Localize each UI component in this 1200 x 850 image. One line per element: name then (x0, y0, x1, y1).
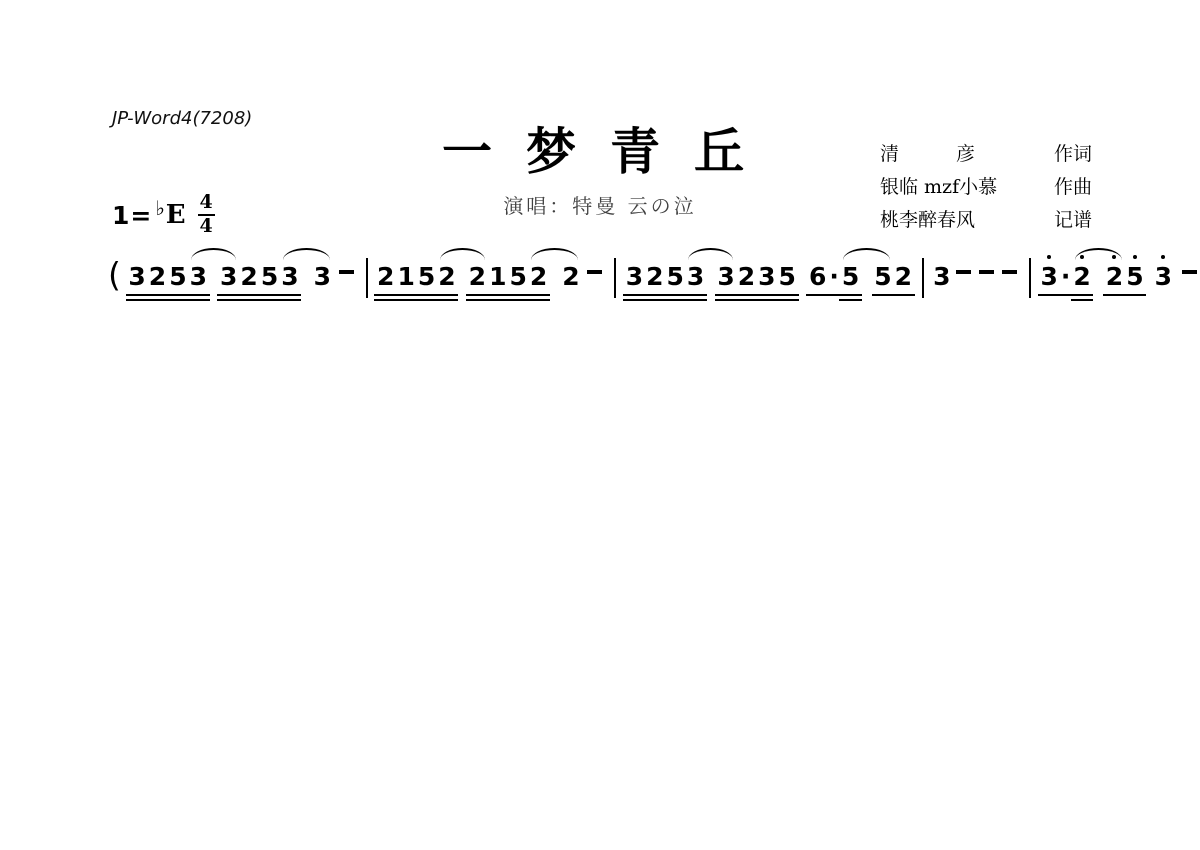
credit-line: 银临 mzf小慕作曲 (880, 171, 1092, 204)
credit-role: 作词 (1054, 138, 1092, 171)
note: · (1059, 262, 1072, 292)
flat-sign-icon: ♭ (155, 196, 164, 220)
note: 3 (219, 262, 239, 292)
duration-dash (979, 270, 994, 273)
underline (755, 299, 778, 301)
underline (279, 299, 302, 301)
barline (366, 258, 368, 298)
underline (167, 299, 190, 301)
note: 3 (932, 262, 952, 292)
underline (527, 299, 550, 301)
note: 5 (168, 262, 188, 292)
note: 2 (645, 262, 665, 292)
slur-arc (531, 248, 578, 260)
underline (395, 299, 418, 301)
underline (755, 294, 778, 296)
underline (466, 299, 489, 301)
underline (1124, 294, 1147, 296)
note: 5 (873, 262, 893, 292)
underline (806, 294, 829, 296)
gap (616, 291, 624, 292)
underline (436, 299, 459, 301)
underline (664, 299, 687, 301)
note: 3 (716, 262, 736, 292)
gap (358, 291, 366, 292)
note: 3 (188, 262, 208, 292)
gap (457, 291, 467, 292)
underline (1103, 294, 1126, 296)
duration-dash (956, 270, 971, 273)
underline (1071, 294, 1094, 296)
slur-group: 22 (528, 262, 581, 292)
gap (797, 291, 807, 292)
underline (507, 294, 530, 296)
underline (735, 299, 758, 301)
note: 5 (508, 262, 528, 292)
credit-name: 清 彦 (880, 138, 975, 171)
slur-group: 22 (1072, 262, 1125, 292)
underline (715, 294, 738, 296)
underline (217, 299, 240, 301)
key-letter: E (166, 200, 186, 230)
underline (374, 294, 397, 296)
underline (238, 294, 261, 296)
underline (715, 299, 738, 301)
octave-dot-high (1047, 255, 1051, 259)
underline (126, 294, 149, 296)
note: 3 (685, 262, 705, 292)
gap (368, 291, 376, 292)
underline (776, 299, 799, 301)
slur-group: 33 (188, 262, 239, 292)
credit-line: 桃李醉春风记谱 (880, 204, 1092, 237)
underline (279, 294, 302, 296)
gap (549, 291, 561, 292)
gap (1031, 291, 1039, 292)
underline (258, 294, 281, 296)
underline (623, 299, 646, 301)
slur-group: 33 (685, 262, 736, 292)
note: 3 (624, 262, 644, 292)
underline (664, 294, 687, 296)
note: 2 (1072, 262, 1092, 292)
slur-arc (1075, 248, 1122, 260)
note: 5 (665, 262, 685, 292)
underline (776, 294, 799, 296)
key-tonic: 1= (112, 201, 152, 230)
note: 2 (239, 262, 259, 292)
underline (187, 299, 210, 301)
note: 2 (528, 262, 548, 292)
slur-group: 55 (840, 262, 893, 292)
underline (258, 299, 281, 301)
credit-name: 银临 mzf小慕 (880, 171, 997, 204)
time-signature: 4 4 (198, 193, 215, 237)
gap (300, 291, 312, 292)
note: 5 (1125, 262, 1145, 292)
gap (606, 291, 614, 292)
note: 2 (736, 262, 756, 292)
underline (146, 294, 169, 296)
gap (924, 291, 932, 292)
underline (126, 299, 149, 301)
slur-group: 33 (280, 262, 333, 292)
underline (643, 299, 666, 301)
note: 2 (437, 262, 457, 292)
note: 3 (1153, 262, 1173, 292)
gap (1145, 291, 1153, 292)
gap (581, 291, 583, 292)
notation-row-system-1: (325332533215221522325332356·55233·2253 (106, 258, 1200, 292)
note: 3 (280, 262, 300, 292)
underline (892, 294, 915, 296)
note: 3 (312, 262, 332, 292)
slur-arc (688, 248, 733, 260)
note: 1 (488, 262, 508, 292)
barline (614, 258, 616, 298)
gap (706, 291, 716, 292)
slur-arc (843, 248, 890, 260)
underline (415, 299, 438, 301)
barline (922, 258, 924, 298)
note: 2 (147, 262, 167, 292)
barline (1029, 258, 1031, 298)
note: 3 (127, 262, 147, 292)
note: 1 (396, 262, 416, 292)
underline (735, 294, 758, 296)
slur-arc (283, 248, 330, 260)
gap (1174, 291, 1178, 292)
slur-arc (440, 248, 485, 260)
note: 2 (561, 262, 581, 292)
underline (238, 299, 261, 301)
gap (333, 291, 335, 292)
underline (374, 299, 397, 301)
credits-block: 清 彦作词银临 mzf小慕作曲桃李醉春风记谱 (880, 138, 1092, 237)
underline (1038, 294, 1061, 296)
underline (643, 294, 666, 296)
octave-dot-high (1133, 255, 1137, 259)
note: 2 (893, 262, 913, 292)
underline (507, 299, 530, 301)
gap (1092, 291, 1104, 292)
note: 3 (1039, 262, 1059, 292)
underline (486, 294, 509, 296)
underline (623, 294, 646, 296)
underline (527, 294, 550, 296)
credit-line: 清 彦作词 (880, 138, 1092, 171)
duration-dash (587, 270, 602, 273)
parenthesis: ( (106, 258, 123, 292)
meter-numerator: 4 (199, 193, 212, 213)
gap (1021, 291, 1029, 292)
meter-denominator: 4 (199, 217, 212, 237)
underline (167, 294, 190, 296)
note: · (828, 262, 841, 292)
note: 3 (757, 262, 777, 292)
underline (684, 299, 707, 301)
note: 2 (376, 262, 396, 292)
note: 5 (777, 262, 797, 292)
underline (187, 294, 210, 296)
underline (395, 294, 418, 296)
credit-role: 作曲 (1054, 171, 1092, 204)
underline (684, 294, 707, 296)
duration-dash (339, 270, 354, 273)
gap (861, 291, 873, 292)
underline (486, 299, 509, 301)
credit-name: 桃李醉春风 (880, 204, 975, 237)
note: 5 (840, 262, 860, 292)
underline (466, 294, 489, 296)
note: 5 (416, 262, 436, 292)
underline (1071, 299, 1094, 301)
note: 2 (467, 262, 487, 292)
gap (914, 291, 922, 292)
score-page: JP-Word4(7208) 一梦青丘 演唱：特曼 云の泣 清 彦作词银临 mz… (0, 0, 1200, 850)
underline (217, 294, 240, 296)
underline (872, 294, 895, 296)
key-signature: 1=♭E 4 4 (112, 192, 215, 238)
duration-dash (1182, 270, 1197, 273)
underline (839, 299, 862, 301)
gap (209, 291, 219, 292)
underline (415, 294, 438, 296)
note: 5 (259, 262, 279, 292)
note: 6 (807, 262, 827, 292)
octave-dot-high (1161, 255, 1165, 259)
duration-dash (1002, 270, 1017, 273)
slur-arc (191, 248, 236, 260)
note: 2 (1104, 262, 1124, 292)
slur-group: 22 (437, 262, 488, 292)
underline (436, 294, 459, 296)
underline (839, 294, 862, 296)
underline (146, 299, 169, 301)
credit-role: 记谱 (1054, 204, 1092, 237)
